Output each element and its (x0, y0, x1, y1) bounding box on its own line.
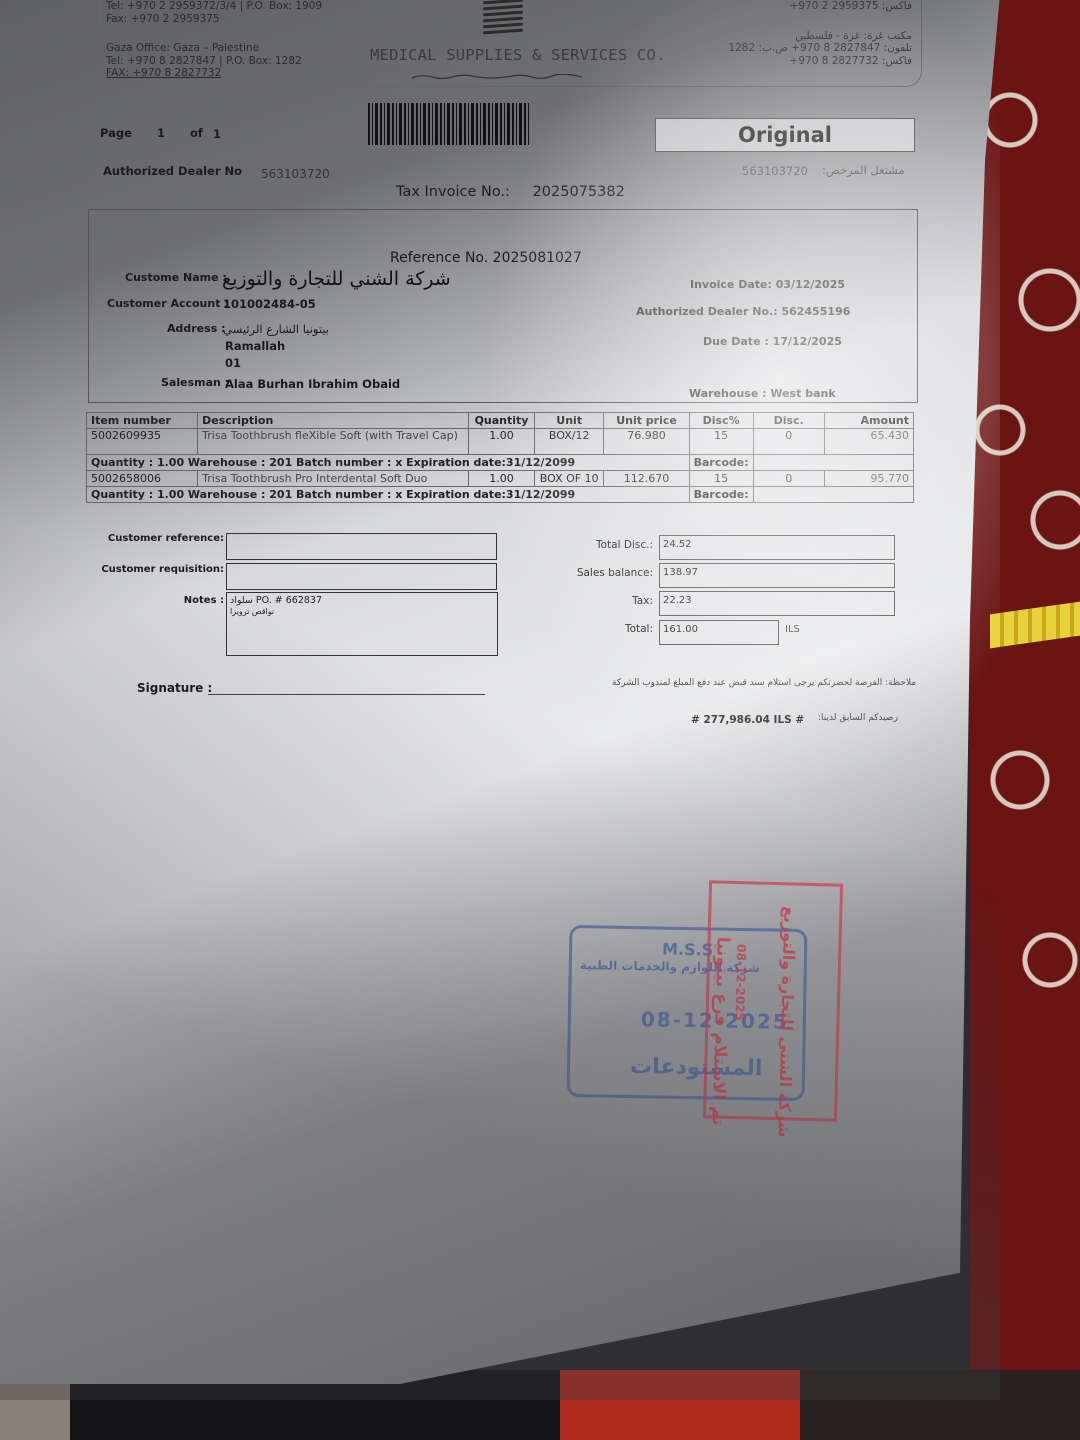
col-unit: Unit (534, 413, 603, 429)
col-quantity: Quantity (469, 413, 535, 429)
header-gaza-office: Gaza Office: Gaza – Palestine (106, 42, 322, 55)
signature-line (208, 694, 485, 695)
customer-name-label: Custome Name : (125, 271, 227, 284)
header-fax-ar: فاكس: 2959375 2 970+ (700, 0, 912, 13)
item-quantity: 1.00 (469, 429, 535, 455)
tax-invoice-label: Tax Invoice No.: (396, 184, 510, 200)
col-unit-price: Unit price (604, 413, 689, 429)
previous-balance-label: رصيدكم السابق لدينا: (818, 713, 898, 723)
item-quantity: 1.00 (469, 471, 535, 487)
copy-type-box: Original (655, 118, 915, 152)
item-unit-price: 112.670 (604, 471, 689, 487)
barcode-label: Barcode: (689, 487, 753, 503)
page-of-label: of (190, 126, 203, 140)
authorized-dealer-ar-value: 563103720 (742, 164, 808, 178)
warehouse-label: Warehouse : (689, 387, 767, 400)
tax-field: 22.23 (659, 591, 895, 616)
page-current: 1 (157, 126, 165, 140)
items-header-row: Item number Description Quantity Unit Un… (87, 413, 914, 429)
copy-type-label: Original (656, 119, 914, 151)
barcode-value (753, 487, 913, 503)
item-disc: 0 (753, 429, 824, 455)
address-line-1: بيتونيا الشارع الرئيسي (223, 322, 329, 336)
table-row-detail: Quantity : 1.00 Warehouse : 201 Batch nu… (87, 455, 914, 471)
notes-line-1: سلواد PO. # 662837 (230, 595, 322, 606)
customer-account-label: Customer Account : (107, 297, 229, 310)
item-number: 5002609935 (87, 429, 198, 455)
squiggle-decoration (412, 74, 582, 80)
sales-balance-field: 138.97 (659, 563, 895, 588)
col-item-number: Item number (87, 413, 198, 429)
waves-logo-icon (483, 0, 523, 42)
total-disc-label: Total Disc.: (533, 539, 653, 551)
page-label: Page (100, 126, 132, 140)
item-detail: Quantity : 1.00 Warehouse : 201 Batch nu… (87, 487, 690, 503)
customer-reference-label: Customer reference: (84, 533, 224, 544)
tax-invoice-number: Tax Invoice No.: 2025075382 (396, 184, 625, 200)
authorized-dealer-2-value: 562455196 (781, 305, 850, 318)
address-line-3: 01 (225, 356, 241, 370)
salesman-value: Alaa Burhan Ibrahim Obaid (225, 377, 400, 391)
items-table: Item number Description Quantity Unit Un… (86, 412, 914, 503)
col-disc: Disc. (753, 413, 824, 429)
tax-invoice-value: 2025075382 (533, 184, 625, 200)
header-contact-right: فاكس: 2959375 2 970+ مكتب غزة: غزة - فلس… (700, 0, 912, 67)
table-row-detail: Quantity : 1.00 Warehouse : 201 Batch nu… (87, 487, 914, 503)
item-amount: 65.430 (824, 429, 913, 455)
customer-name-value: شركة الشني للتجارة والتوزيع (222, 268, 451, 290)
item-number: 5002658006 (87, 471, 198, 487)
signature-label: Signature : (137, 681, 212, 695)
notes-text: سلواد PO. # 662837 نواقص ترويزا (230, 595, 322, 617)
table-row: 5002658006 Trisa Toothbrush Pro Interden… (87, 471, 914, 487)
col-amount: Amount (824, 413, 913, 429)
item-unit: BOX/12 (534, 429, 603, 455)
item-disc: 0 (753, 471, 824, 487)
header-gaza-office-ar: مكتب غزة: غزة - فلسطين (700, 30, 912, 43)
item-unit: BOX OF 10 (534, 471, 603, 487)
header-gaza-fax-ar: فاكس: 2827732 8 970+ (700, 55, 912, 68)
header-tel: Tel: +970 2 2959372/3/4 | P.O. Box: 1909 (106, 0, 322, 13)
total-label: Total: (533, 623, 653, 635)
header-gaza-tel: Tel: +970 8 2827847 | P.O. Box: 1282 (106, 55, 322, 68)
due-date-value: 17/12/2025 (773, 335, 842, 348)
invoice-date-label: Invoice Date: (690, 278, 772, 291)
due-date: Due Date : 17/12/2025 (703, 335, 842, 348)
sales-balance-label: Sales balance: (533, 567, 653, 579)
col-description: Description (198, 413, 469, 429)
authorized-dealer-label: Authorized Dealer No (103, 164, 242, 178)
reference-value: 2025081027 (493, 250, 582, 266)
col-disc-pct: Disc% (689, 413, 753, 429)
item-disc-pct: 15 (689, 471, 753, 487)
reference-label: Reference No. (390, 250, 488, 266)
invoice-document: Tel: +970 2 2959372/3/4 | P.O. Box: 1909… (0, 0, 1000, 1400)
authorized-dealer-2: Authorized Dealer No.: 562455196 (636, 305, 850, 318)
table-row: 5002609935 Trisa Toothbrush fleXible Sof… (87, 429, 914, 455)
notes-label: Notes : (84, 595, 224, 606)
header-contact-left: Tel: +970 2 2959372/3/4 | P.O. Box: 1909… (106, 0, 322, 80)
authorized-dealer-2-label: Authorized Dealer No.: (636, 305, 778, 318)
currency-label: ILS (785, 624, 800, 635)
item-amount: 95.770 (824, 471, 913, 487)
customer-reference-field (226, 533, 497, 560)
customer-account-value: 101002484-05 (223, 297, 316, 311)
warehouse-value: West bank (770, 387, 835, 400)
reference-number: Reference No. 2025081027 (390, 250, 582, 266)
barcode-value (753, 455, 913, 471)
stamp-red-company: شركة الشني للتجارة والتوزيع (753, 905, 799, 1138)
company-name: MEDICAL SUPPLIES & SERVICES CO. (370, 46, 666, 64)
item-disc-pct: 15 (689, 429, 753, 455)
stamp-blue-abbrev: M.S.S (662, 940, 713, 960)
barcode-label: Barcode: (689, 455, 753, 471)
customer-requisition-label: Customer requisition: (84, 564, 224, 575)
page-total: 1 (213, 127, 221, 141)
item-unit-price: 76.980 (604, 429, 689, 455)
salesman-label: Salesman : (161, 376, 229, 389)
item-detail: Quantity : 1.00 Warehouse : 201 Batch nu… (87, 455, 690, 471)
item-description: Trisa Toothbrush Pro Interdental Soft Du… (198, 471, 469, 487)
invoice-date-value: 03/12/2025 (776, 278, 845, 291)
address-label: Address : (167, 322, 225, 335)
header-gaza-tel-ar: تلفون: 2827847 8 970+ ص.ب: 1282 (700, 42, 912, 55)
previous-balance-value: # 277,986.04 ILS # (691, 714, 804, 726)
customer-requisition-field (226, 563, 497, 590)
authorized-dealer-ar-label: مشتغل المرخص: (822, 163, 905, 177)
arabic-payment-note: ملاحظة: الفرصة لحضرتكم يرجى استلام سند ق… (612, 678, 916, 688)
total-disc-field: 24.52 (659, 535, 895, 560)
invoice-date: Invoice Date: 03/12/2025 (690, 278, 845, 291)
address-line-2: Ramallah (225, 339, 285, 353)
authorized-dealer-value: 563103720 (261, 167, 330, 181)
invoice-barcode (368, 103, 530, 145)
warehouse: Warehouse : West bank (689, 387, 836, 400)
tax-label: Tax: (533, 595, 653, 607)
due-date-label: Due Date : (703, 335, 769, 348)
item-description: Trisa Toothbrush fleXible Soft (with Tra… (198, 429, 469, 455)
header-gaza-fax: FAX: +970 8 2827732 (106, 67, 322, 80)
total-field: 161.00 (659, 620, 779, 645)
header-fax: Fax: +970 2 2959375 (106, 13, 322, 26)
receipt-stamp-red: شركة الشني للتجارة والتوزيع 08-12-2025 ت… (703, 880, 843, 1121)
notes-line-2: نواقص ترويزا (230, 606, 322, 617)
